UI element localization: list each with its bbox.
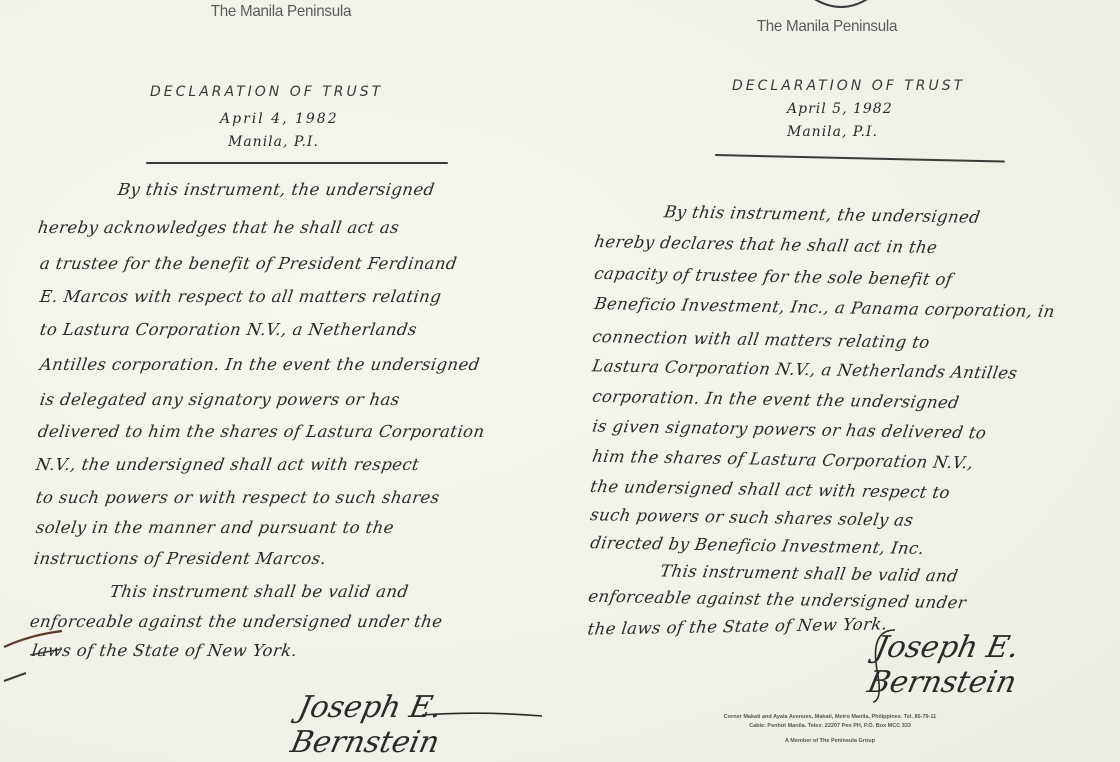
letterhead: The Manila Peninsula — [211, 3, 351, 21]
body-line: corporation. In the event the undersigne… — [591, 387, 961, 412]
body-line: the undersigned shall act with respect t… — [589, 477, 951, 502]
left-declaration-page: The Manila Peninsula DECLARATION OF TRUS… — [0, 0, 590, 762]
body-line: the laws of the State of New York. — [586, 614, 888, 638]
peninsula-logo-arc-icon — [806, 0, 876, 16]
body-line: connection with all matters relating to — [591, 327, 931, 352]
body-line: Antilles corporation. In the event the u… — [39, 355, 481, 374]
right-declaration-page: The Manila Peninsula DECLARATION OF TRUS… — [580, 0, 1120, 762]
body-line: enforceable against the undersigned unde… — [29, 612, 444, 631]
body-line: By this instrument, the undersigned — [663, 202, 982, 227]
body-line: Beneficio Investment, Inc., a Panama cor… — [593, 294, 1056, 321]
letterhead-footer-address: Corner Makati and Ayala Avenues, Makati,… — [630, 713, 1030, 722]
document-title: DECLARATION OF TRUST — [732, 78, 965, 94]
body-line: capacity of trustee for the sole benefit… — [593, 264, 954, 289]
document-place: Manila, P.I. — [228, 134, 319, 150]
divider-rule — [146, 162, 448, 164]
document-date: April 5, 1982 — [787, 101, 893, 117]
body-line: hereby acknowledges that he shall act as — [37, 218, 401, 237]
letterhead: The Manila Peninsula — [757, 18, 897, 36]
document-title: DECLARATION OF TRUST — [150, 84, 383, 100]
body-line: hereby declares that he shall act in the — [593, 232, 939, 257]
body-line: E. Marcos with respect to all matters re… — [39, 287, 443, 306]
body-line: Lastura Corporation N.V., a Netherlands … — [591, 356, 1019, 382]
signature: Joseph E. Bernstein — [288, 690, 598, 760]
body-line: to such powers or with respect to such s… — [35, 488, 441, 507]
document-place: Manila, P.I. — [787, 124, 878, 140]
body-line: a trustee for the benefit of President F… — [39, 254, 459, 273]
body-line: This instrument shall be valid and — [109, 582, 410, 601]
margin-pen-mark — [0, 625, 70, 685]
letterhead-footer-cable: Cable: Penhot Manila. Telex: 22207 Pen P… — [630, 722, 1030, 731]
body-line: By this instrument, the undersigned — [117, 180, 436, 199]
body-line: to Lastura Corporation N.V., a Netherlan… — [39, 320, 419, 339]
body-line: delivered to him the shares of Lastura C… — [37, 422, 486, 441]
document-date: April 4, 1982 — [220, 111, 339, 127]
body-line: directed by Beneficio Investment, Inc. — [589, 533, 926, 558]
body-line: enforceable against the undersigned unde… — [587, 587, 968, 613]
body-line: such powers or such shares solely as — [589, 505, 915, 530]
body-line: is delegated any signatory powers or has — [39, 390, 401, 409]
letterhead-footer-group: A Member of The Peninsula Group — [630, 737, 1030, 746]
body-line: solely in the manner and pursuant to the — [35, 518, 396, 537]
body-line: laws of the State of New York. — [31, 641, 299, 660]
body-line: N.V., the undersigned shall act with res… — [35, 455, 421, 474]
divider-rule — [715, 154, 1005, 163]
body-line: him the shares of Lastura Corporation N.… — [591, 447, 975, 473]
body-line: This instrument shall be valid and — [659, 561, 960, 585]
signature-loop-stroke — [865, 620, 915, 705]
signature-underline-stroke — [420, 705, 545, 725]
body-line: instructions of President Marcos. — [33, 549, 328, 568]
body-line: is given signatory powers or has deliver… — [591, 417, 988, 443]
